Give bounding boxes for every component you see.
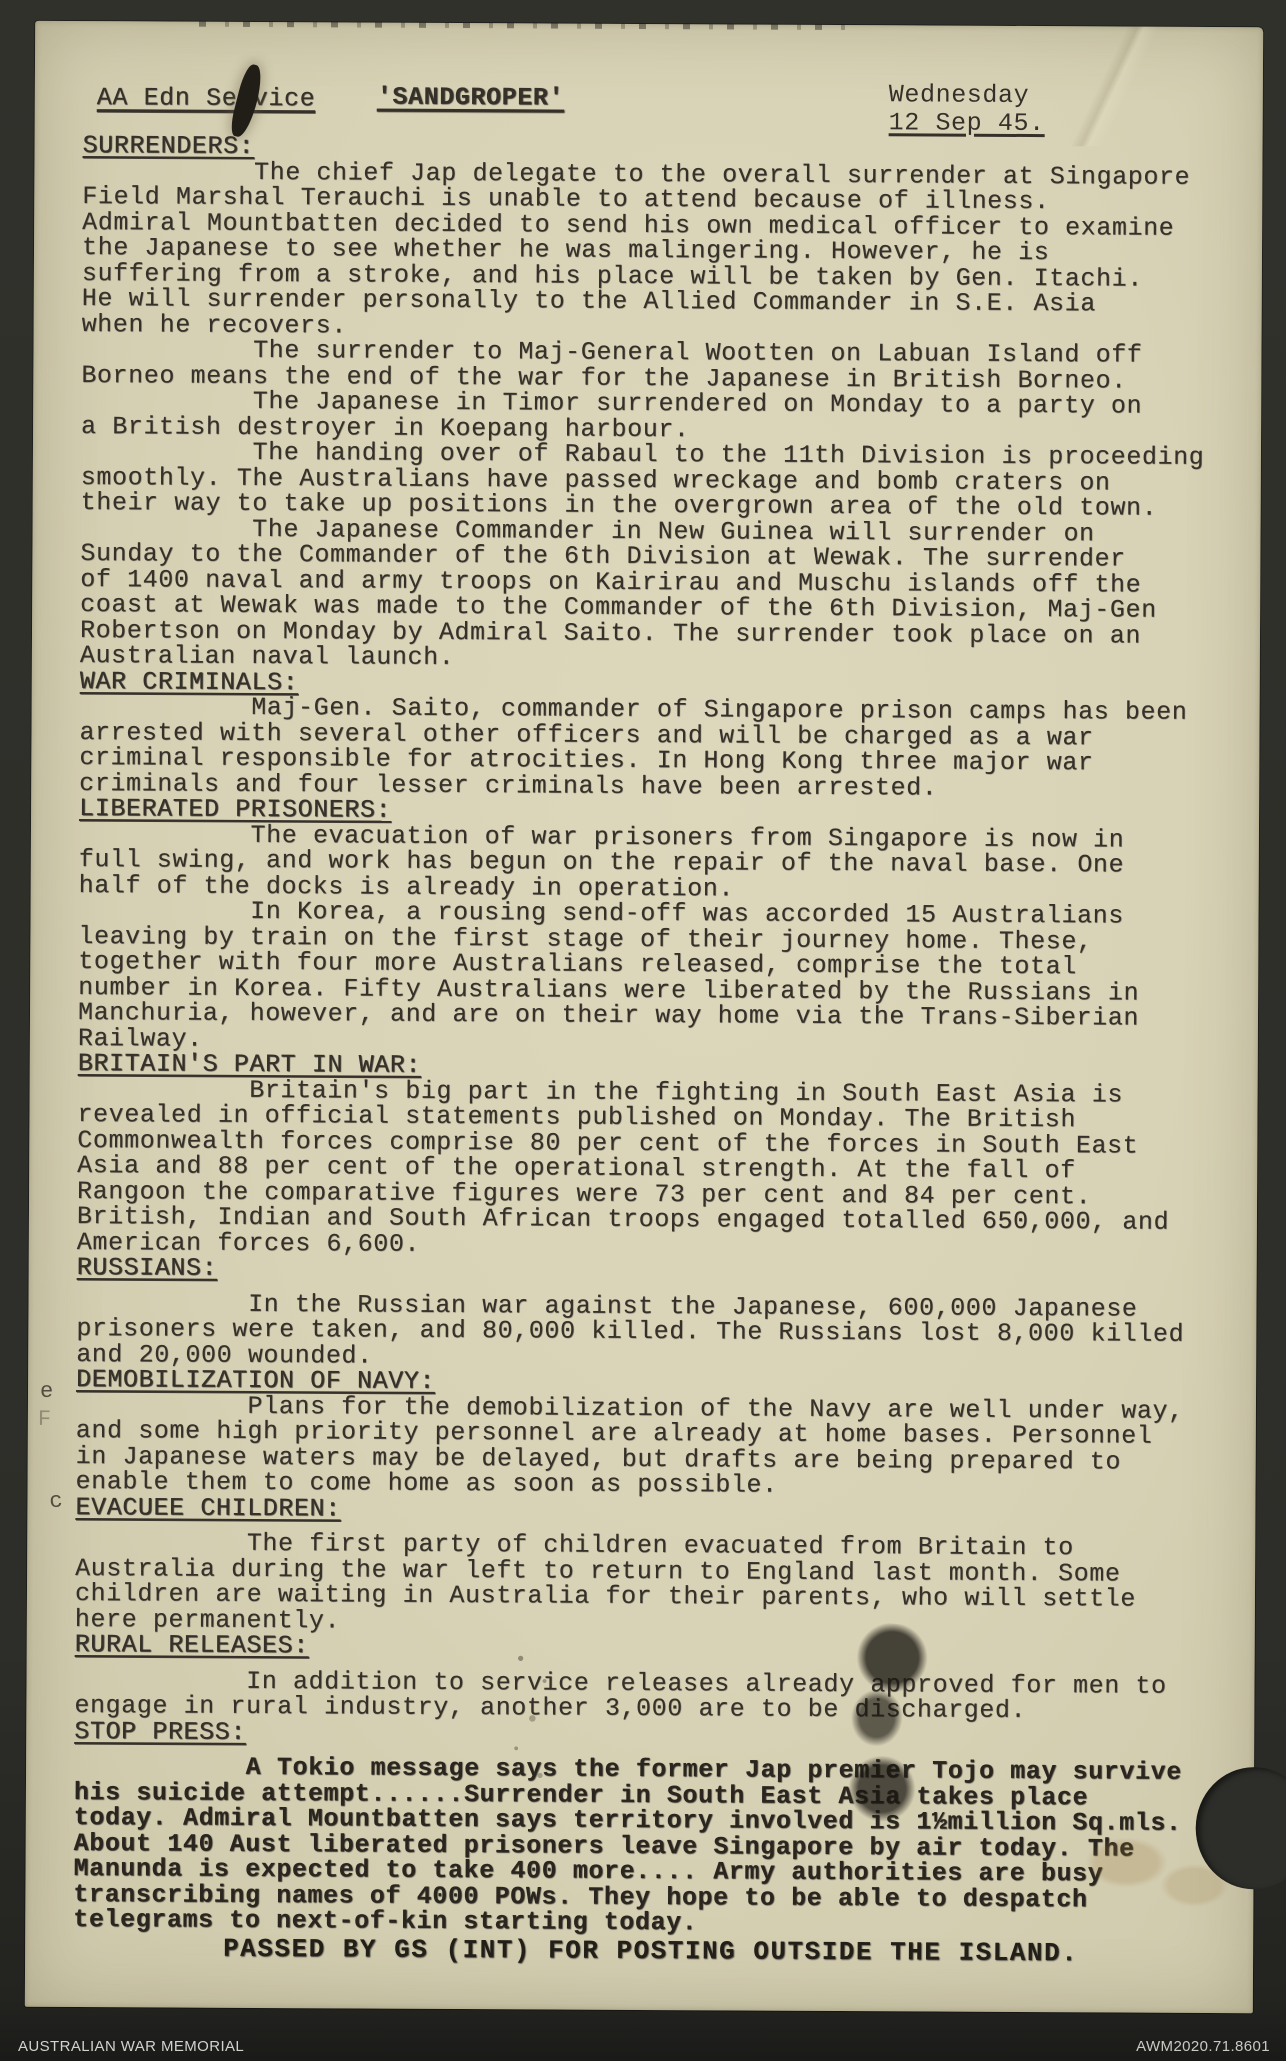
margin-mark: e [40, 1379, 53, 1404]
section-heading: RURAL RELEASES: [75, 1632, 1235, 1664]
paragraph: In Korea, a rousing send-off was accorde… [78, 898, 1239, 1057]
ink-speckles [496, 1643, 577, 1793]
section-demobilization-navy: DEMOBILIZATION OF NAVY: Plans for the de… [75, 1367, 1236, 1501]
torn-top-edge [185, 21, 845, 30]
paragraph: The Japanese Commander in New Guinea wil… [80, 516, 1241, 675]
paragraph: The surrender to Maj-General Wootten on … [81, 337, 1241, 394]
section-war-criminals: WAR CRIMINALS: Maj-Gen. Saito, commander… [79, 669, 1240, 803]
paragraph: In addition to service releases already … [74, 1668, 1234, 1725]
document-body: SURRENDERS: The chief Jap delegate to th… [73, 133, 1243, 1967]
paragraph: The handing over of Rabaul to the 11th D… [81, 439, 1241, 522]
paragraph: In the Russian war against the Japanese,… [76, 1291, 1236, 1374]
date-block: Wednesday 12 Sep 45. [889, 81, 1045, 138]
section-surrenders: SURRENDERS: The chief Jap delegate to th… [80, 133, 1243, 675]
paragraph: The evacuation of war prisoners from Sin… [79, 822, 1239, 905]
section-heading: RUSSIANS: [77, 1255, 1237, 1287]
issue-date: 12 Sep 45. [889, 109, 1045, 138]
section-russians: RUSSIANS: In the Russian war against the… [76, 1255, 1237, 1373]
paragraph: The first party of children evacuated fr… [75, 1530, 1236, 1638]
paragraph: Plans for the demobilization of the Navy… [75, 1393, 1236, 1501]
section-evacuee-children: EVACUEE CHILDREN: The first party of chi… [75, 1495, 1236, 1639]
weekday: Wednesday [889, 81, 1045, 110]
document-page: AA Edn Service 'SANDGROPER' Wednesday 12… [25, 21, 1263, 2013]
paragraph: The chief Jap delegate to the overall su… [82, 159, 1243, 344]
section-heading: STOP PRESS: [74, 1719, 1234, 1751]
section-heading: EVACUEE CHILDREN: [75, 1495, 1235, 1527]
margin-mark: F [38, 1407, 51, 1432]
margin-mark: c [48, 1488, 64, 1514]
paragraph: Maj-Gen. Saito, commander of Singapore p… [79, 694, 1240, 802]
section-britains-part: BRITAIN'S PART IN WAR: Britain's big par… [77, 1051, 1238, 1261]
newsletter-title: 'SANDGROPER' [377, 83, 564, 113]
archive-footer: AUSTRALIAN WAR MEMORIAL AWM2020.71.8601 [0, 2027, 1286, 2061]
section-stop-press: STOP PRESS: A Tokio message says the for… [73, 1719, 1234, 1939]
service-name: AA Edn Service [97, 83, 316, 113]
paragraph: The Japanese in Timor surrendered on Mon… [81, 388, 1241, 445]
paragraph: Britain's big part in the fighting in So… [77, 1077, 1238, 1262]
section-rural-releases: RURAL RELEASES: In addition to service r… [74, 1632, 1234, 1725]
section-liberated-prisoners: LIBERATED PRISONERS: The evacuation of w… [78, 796, 1239, 1057]
archive-accession-number: AWM2020.71.8601 [1136, 2038, 1270, 2055]
paragraph: A Tokio message says the former Jap prem… [73, 1754, 1234, 1939]
archive-institution: AUSTRALIAN WAR MEMORIAL [18, 2038, 244, 2055]
scan-background: AA Edn Service 'SANDGROPER' Wednesday 12… [0, 0, 1286, 2061]
censor-stamp: PASSED BY GS (INT) FOR POSTING OUTSIDE T… [223, 1936, 1233, 1967]
